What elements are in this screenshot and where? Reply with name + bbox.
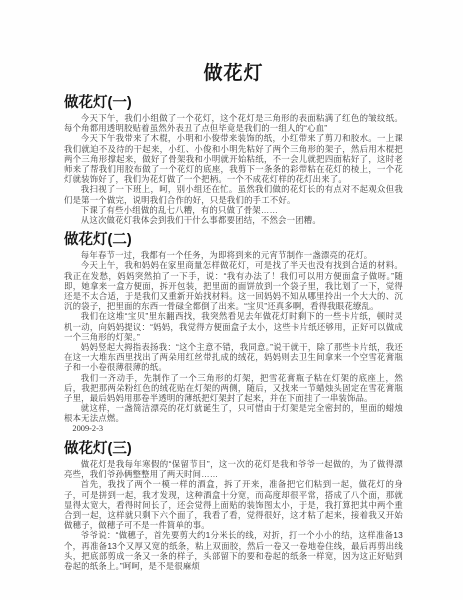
paragraph: 从这次做花灯我体会到我们干什么事都要团结，不然会一团糟。 [64, 215, 403, 225]
paragraph: 妈妈竖起大拇指表扬我：“这个主意不错，我同意。”说干就干，除了那些卡片纸，我还在… [64, 342, 403, 373]
date-line: 2009-2-3 [64, 424, 403, 434]
paragraph: 今天上午，我和妈妈在家里商量怎样做花灯，可是找了半天也没有找到合适的材料。我正在… [64, 260, 403, 311]
paragraph: 首先，我找了两个一模一样的酒盒，拆了开来，准备把它们粘到一起，做花灯的身子，可是… [64, 479, 403, 530]
paragraph: 今天下午我带来了木棍，小明和小俊带来装饰的纸，小红带来了剪刀和胶水。一上课我们就… [64, 133, 403, 184]
paragraph: 做花灯是我每年寒假的“保留节目”，这一次的花灯是我和爷爷一起做的，为了做得漂亮些… [64, 459, 403, 479]
paragraph: 今天下午，我们小组做了一个花灯，这个花灯是三角形的表面粘满了红色的皱纹纸。每个角… [64, 113, 403, 133]
section-making-lanterns-2: 做花灯(二) 每年春节一过，我都有一个任务，为即将到来的元宵节制作一盏漂亮的花灯… [64, 228, 403, 434]
section-making-lanterns-1: 做花灯(一) 今天下午，我们小组做了一个花灯，这个花灯是三角形的表面粘满了红色的… [64, 91, 403, 225]
paragraph: 我们在这堆“宝贝”里东翻西找，我突然看见去年做花灯时剩下的一些卡片纸，顿时灵机一… [64, 311, 403, 342]
document-title: 做花灯 [64, 58, 403, 85]
paragraph: 我们一齐动手，先制作了一个三角形的灯架，把雪花膏瓶子粘在灯架的底座上，然后，我把… [64, 373, 403, 404]
section-2-heading: 做花灯(二) [64, 228, 403, 249]
paragraph: 每年春节一过，我都有一个任务，为即将到来的元宵节制作一盏漂亮的花灯。 [64, 250, 403, 260]
section-1-heading: 做花灯(一) [64, 91, 403, 112]
section-making-lanterns-3: 做花灯(三) 做花灯是我每年寒假的“保留节目”，这一次的花灯是我和爷爷一起做的，… [64, 437, 403, 571]
paragraph: 下课了有些小组做的乱七八糟，有的只做了骨架…… [64, 205, 403, 215]
section-3-heading: 做花灯(三) [64, 437, 403, 458]
document-page: 做花灯 做花灯(一) 今天下午，我们小组做了一个花灯，这个花灯是三角形的表面粘满… [0, 0, 463, 600]
paragraph: 就这样，一盏简洁漂亮的花灯就诞生了，只可惜由于灯架是完全密封的，里面的蜡烛根本无… [64, 403, 403, 423]
paragraph: 爷爷说：“做穗子，首先要剪大约1分米长的线，对折，打一个小小的结，这样准备13个… [64, 530, 403, 571]
paragraph: 我扫视了一下班上，呵，别小组还在忙。虽然我们做的花灯长的有点对不起观众但我们是第… [64, 184, 403, 204]
